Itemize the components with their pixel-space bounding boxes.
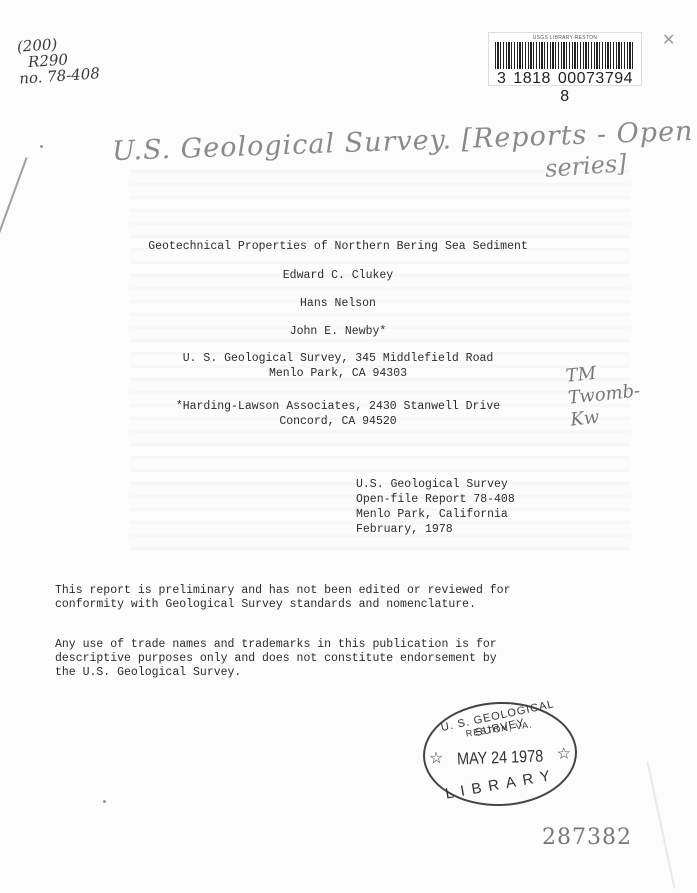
author-name: Hans Nelson bbox=[138, 297, 538, 310]
pencil-x-mark-icon: ✕ bbox=[662, 30, 675, 50]
library-barcode: USGS LIBRARY-RESTON 3 1818 00073794 8 bbox=[488, 32, 642, 86]
preliminary-disclaimer: This report is preliminary and has not b… bbox=[55, 584, 510, 612]
star-icon: ☆ bbox=[556, 744, 571, 764]
document-page: (200) R290 no. 78-408 USGS LIBRARY-RESTO… bbox=[0, 0, 697, 893]
barcode-library-label: USGS LIBRARY-RESTON bbox=[489, 35, 641, 41]
speck bbox=[103, 800, 106, 803]
stamp-date: MAY 24 1978 bbox=[436, 746, 564, 770]
author-name: John E. Newby* bbox=[138, 325, 538, 338]
affiliation-harding-lawson: *Harding-Lawson Associates, 2430 Stanwel… bbox=[138, 399, 538, 429]
pencil-slash-mark bbox=[0, 157, 28, 233]
affiliation-usgs: U. S. Geological Survey, 345 Middlefield… bbox=[138, 351, 538, 381]
handwritten-margin-notes: TM Twomb- Kw bbox=[565, 358, 644, 431]
handwritten-series-suffix: series] bbox=[544, 149, 627, 183]
paper-crease bbox=[647, 761, 676, 889]
barcode-bars bbox=[495, 42, 635, 69]
report-info-block: U.S. Geological Survey Open-file Report … bbox=[356, 477, 515, 537]
trade-names-disclaimer: Any use of trade names and trademarks in… bbox=[55, 638, 497, 680]
report-title: Geotechnical Properties of Northern Beri… bbox=[138, 240, 538, 253]
library-received-stamp: U. S. GEOLOGICAL SURVEY RESTON, VA. ☆ MA… bbox=[421, 699, 579, 808]
accession-number: 287382 bbox=[542, 825, 632, 850]
author-name: Edward C. Clukey bbox=[138, 269, 538, 282]
note-line: no. 78-408 bbox=[19, 65, 101, 87]
speck bbox=[40, 145, 43, 148]
handwritten-call-number: (200) R290 no. 78-408 bbox=[16, 33, 100, 87]
barcode-number: 3 1818 00073794 8 bbox=[489, 70, 641, 106]
